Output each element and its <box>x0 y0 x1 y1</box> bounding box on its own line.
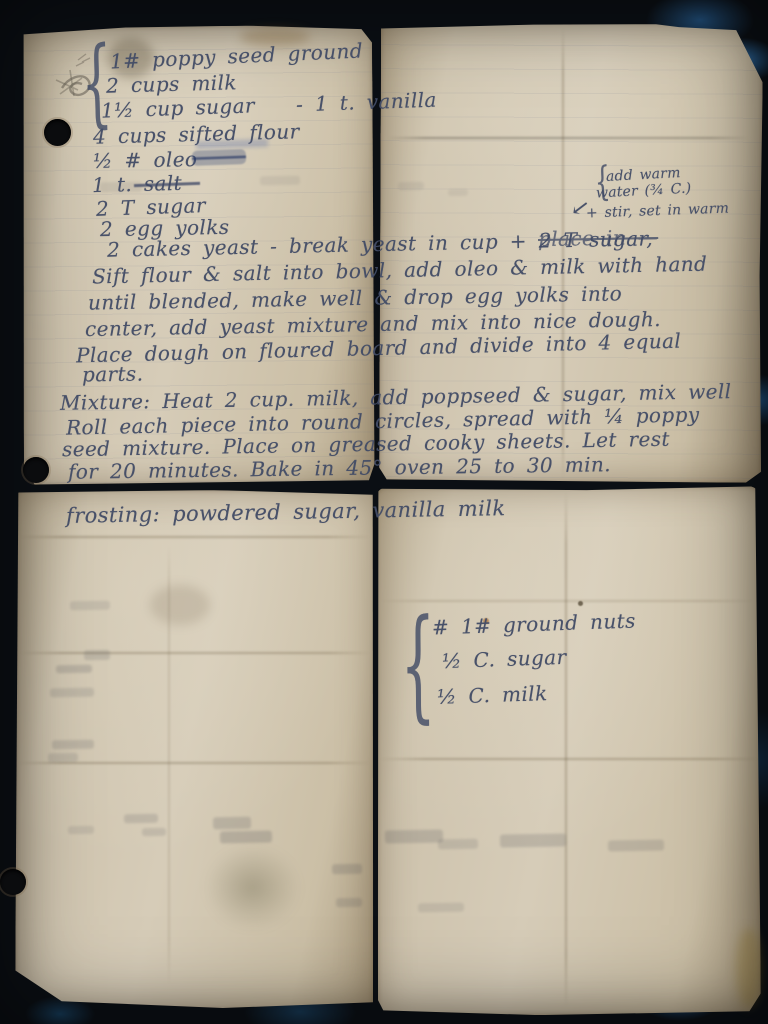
ingredient-line: 4 cups sifted flour <box>93 119 300 148</box>
note-arrow-icon: ↙ <box>569 195 591 222</box>
vanilla-note: - 1 t. vanilla <box>296 88 438 117</box>
ingredient-line: 1# poppy seed ground <box>110 38 364 73</box>
punch-hole <box>44 119 71 146</box>
nut-brace-mark: { <box>400 593 436 736</box>
ingredient-line: ½ # oleo <box>93 147 198 173</box>
nut-ingredient-line: ½ C. milk <box>437 681 548 709</box>
frosting-line: frosting: powdered sugar, vanilla milk <box>66 496 506 528</box>
nut-ingredient-line: ½ C. sugar <box>442 645 567 673</box>
yeast-line-struck: place in — <box>538 225 659 251</box>
instruction-line: parts. <box>82 361 144 386</box>
ingredient-line: 1½ cup sugar <box>101 93 256 122</box>
crossed-out-blot <box>192 149 246 166</box>
recipe-photo: { 1# poppy seed ground 2 cups milk 1½ cu… <box>0 0 768 1024</box>
punch-hole <box>23 457 49 483</box>
handwriting-layer: { 1# poppy seed ground 2 cups milk 1½ cu… <box>0 0 768 1024</box>
nut-ingredient-line: # 1# ground nuts <box>432 608 636 639</box>
punch-hole <box>0 869 26 895</box>
